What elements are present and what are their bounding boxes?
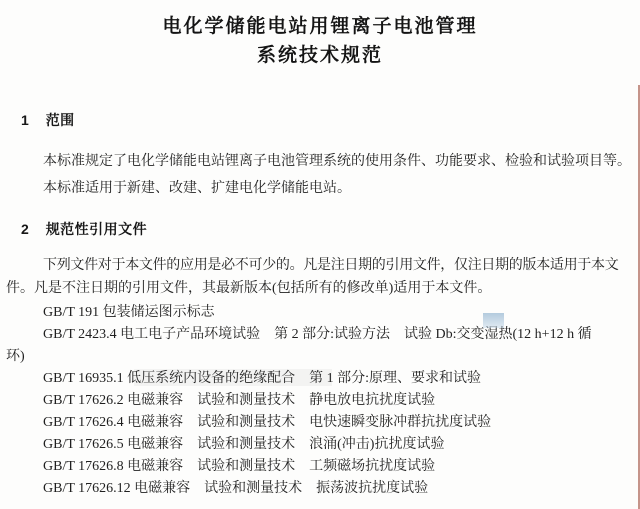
references-intro: 下列文件对于本文件的应用是必不可少的。凡是注日期的引用文件，仅注日期的版本适用于… [6, 254, 640, 300]
title-line-2: 系统技术规范 [0, 41, 640, 70]
scope-paragraph-2: 本标准适用于新建、改建、扩建电化学储能电站。 [6, 175, 640, 202]
reference-line: GB/T 17626.2 电磁兼容 试验和测量技术 静电放电抗扰度试验 [6, 390, 640, 412]
section-2-number: 2 [21, 219, 29, 239]
reference-line: GB/T 2423.4 电工电子产品环境试验 第 2 部分:试验方法 试验 Db… [6, 324, 640, 346]
reference-line: GB/T 16935.1 低压系统内设备的绝缘配合 第 1 部分:原理、要求和试… [6, 368, 640, 390]
section-2-title: 规范性引用文件 [46, 219, 148, 239]
title-line-1: 电化学储能电站用锂离子电池管理 [0, 12, 640, 41]
document-title: 电化学储能电站用锂离子电池管理 系统技术规范 [0, 12, 640, 70]
reference-line: GB/T 17626.12 电磁兼容 试验和测量技术 振荡波抗扰度试验 [6, 478, 640, 500]
reference-line: GB/T 17626.5 电磁兼容 试验和测量技术 浪涌(冲击)抗扰度试验 [6, 434, 640, 456]
references-intro-line-1: 下列文件对于本文件的应用是必不可少的。凡是注日期的引用文件，仅注日期的版本适用于… [6, 254, 640, 277]
section-1-heading: 1 范围 [21, 110, 75, 130]
reference-line: GB/T 17626.8 电磁兼容 试验和测量技术 工频磁场抗扰度试验 [6, 456, 640, 478]
reference-line: GB/T 191 包装储运图示标志 [6, 302, 640, 324]
references-intro-line-2: 件。凡是不注日期的引用文件，其最新版本(包括所有的修改单)适用于本文件。 [6, 277, 640, 300]
document-page: 电化学储能电站用锂离子电池管理 系统技术规范 1 范围 本标准规定了电化学储能电… [0, 0, 640, 509]
references-list: GB/T 191 包装储运图示标志 GB/T 2423.4 电工电子产品环境试验… [6, 302, 640, 500]
section-2-heading: 2 规范性引用文件 [21, 219, 147, 239]
section-1-number: 1 [21, 110, 29, 130]
reference-line-continuation: 环) [6, 346, 640, 368]
section-1-body: 本标准规定了电化学储能电站锂离子电池管理系统的使用条件、功能要求、检验和试验项目… [6, 148, 640, 202]
section-1-title: 范围 [46, 110, 75, 130]
scope-paragraph-1: 本标准规定了电化学储能电站锂离子电池管理系统的使用条件、功能要求、检验和试验项目… [6, 148, 640, 175]
reference-line: GB/T 17626.4 电磁兼容 试验和测量技术 电快速瞬变脉冲群抗扰度试验 [6, 412, 640, 434]
